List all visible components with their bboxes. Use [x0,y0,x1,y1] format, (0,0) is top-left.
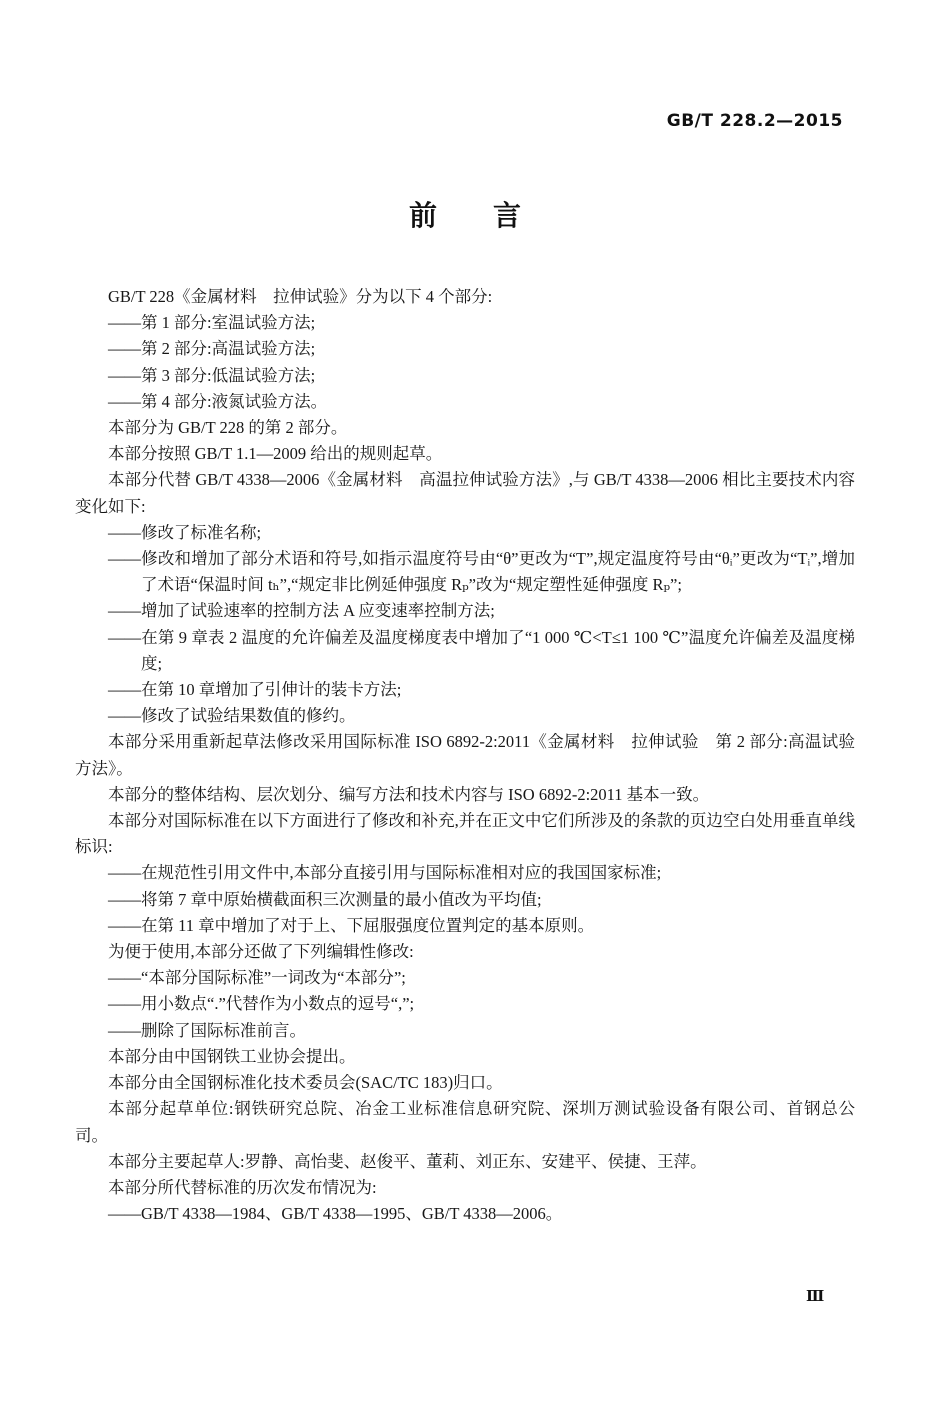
paragraph: 本部分起草单位:钢铁研究总院、冶金工业标准信息研究院、深圳万测试验设备有限公司、… [75,1096,855,1148]
page-title: 前 言 [75,194,855,234]
list-item: ——删除了国际标准前言。 [75,1018,855,1044]
paragraph: 本部分对国际标准在以下方面进行了修改和补充,并在正文中它们所涉及的条款的页边空白… [75,808,855,860]
paragraph: 为便于使用,本部分还做了下列编辑性修改: [75,939,855,965]
paragraph: 本部分由全国钢标准化技术委员会(SAC/TC 183)归口。 [75,1070,855,1096]
list-item: ——修改和增加了部分术语和符号,如指示温度符号由“θ”更改为“T”,规定温度符号… [75,546,855,598]
foreword-body: GB/T 228《金属材料 拉伸试验》分为以下 4 个部分: ——第 1 部分:… [75,284,855,1227]
paragraph: 本部分主要起草人:罗静、高怡斐、赵俊平、董莉、刘正东、安建平、侯捷、王萍。 [75,1149,855,1175]
document-page: GB/T 228.2—2015 前 言 GB/T 228《金属材料 拉伸试验》分… [0,0,950,1407]
paragraph: 本部分为 GB/T 228 的第 2 部分。 [75,415,855,441]
list-item: ——用小数点“.”代替作为小数点的逗号“,”; [75,991,855,1017]
list-item: ——在第 10 章增加了引伸计的装卡方法; [75,677,855,703]
paragraph: 本部分的整体结构、层次划分、编写方法和技术内容与 ISO 6892-2:2011… [75,782,855,808]
standard-number: GB/T 228.2—2015 [667,111,843,131]
list-item: ——修改了试验结果数值的修约。 [75,703,855,729]
list-item: ——GB/T 4338—1984、GB/T 4338—1995、GB/T 433… [75,1201,855,1227]
list-item: ——增加了试验速率的控制方法 A 应变速率控制方法; [75,598,855,624]
list-item: ——将第 7 章中原始横截面积三次测量的最小值改为平均值; [75,887,855,913]
list-item: ——修改了标准名称; [75,520,855,546]
list-item: ——第 2 部分:高温试验方法; [75,336,855,362]
paragraph: 本部分按照 GB/T 1.1—2009 给出的规则起草。 [75,441,855,467]
list-item: ——第 3 部分:低温试验方法; [75,363,855,389]
list-item: ——“本部分国际标准”一词改为“本部分”; [75,965,855,991]
list-item: ——在规范性引用文件中,本部分直接引用与国际标准相对应的我国国家标准; [75,860,855,886]
list-item: ——在第 9 章表 2 温度的允许偏差及温度梯度表中增加了“1 000 ℃<T≤… [75,625,855,677]
paragraph: 本部分由中国钢铁工业协会提出。 [75,1044,855,1070]
list-item: ——在第 11 章中增加了对于上、下屈服强度位置判定的基本原则。 [75,913,855,939]
paragraph: 本部分代替 GB/T 4338—2006《金属材料 高温拉伸试验方法》,与 GB… [75,467,855,519]
paragraph: GB/T 228《金属材料 拉伸试验》分为以下 4 个部分: [75,284,855,310]
list-item: ——第 4 部分:液氮试验方法。 [75,389,855,415]
list-item: ——第 1 部分:室温试验方法; [75,310,855,336]
page-number: Ⅲ [806,1287,824,1306]
paragraph: 本部分所代替标准的历次发布情况为: [75,1175,855,1201]
paragraph: 本部分采用重新起草法修改采用国际标准 ISO 6892-2:2011《金属材料 … [75,729,855,781]
